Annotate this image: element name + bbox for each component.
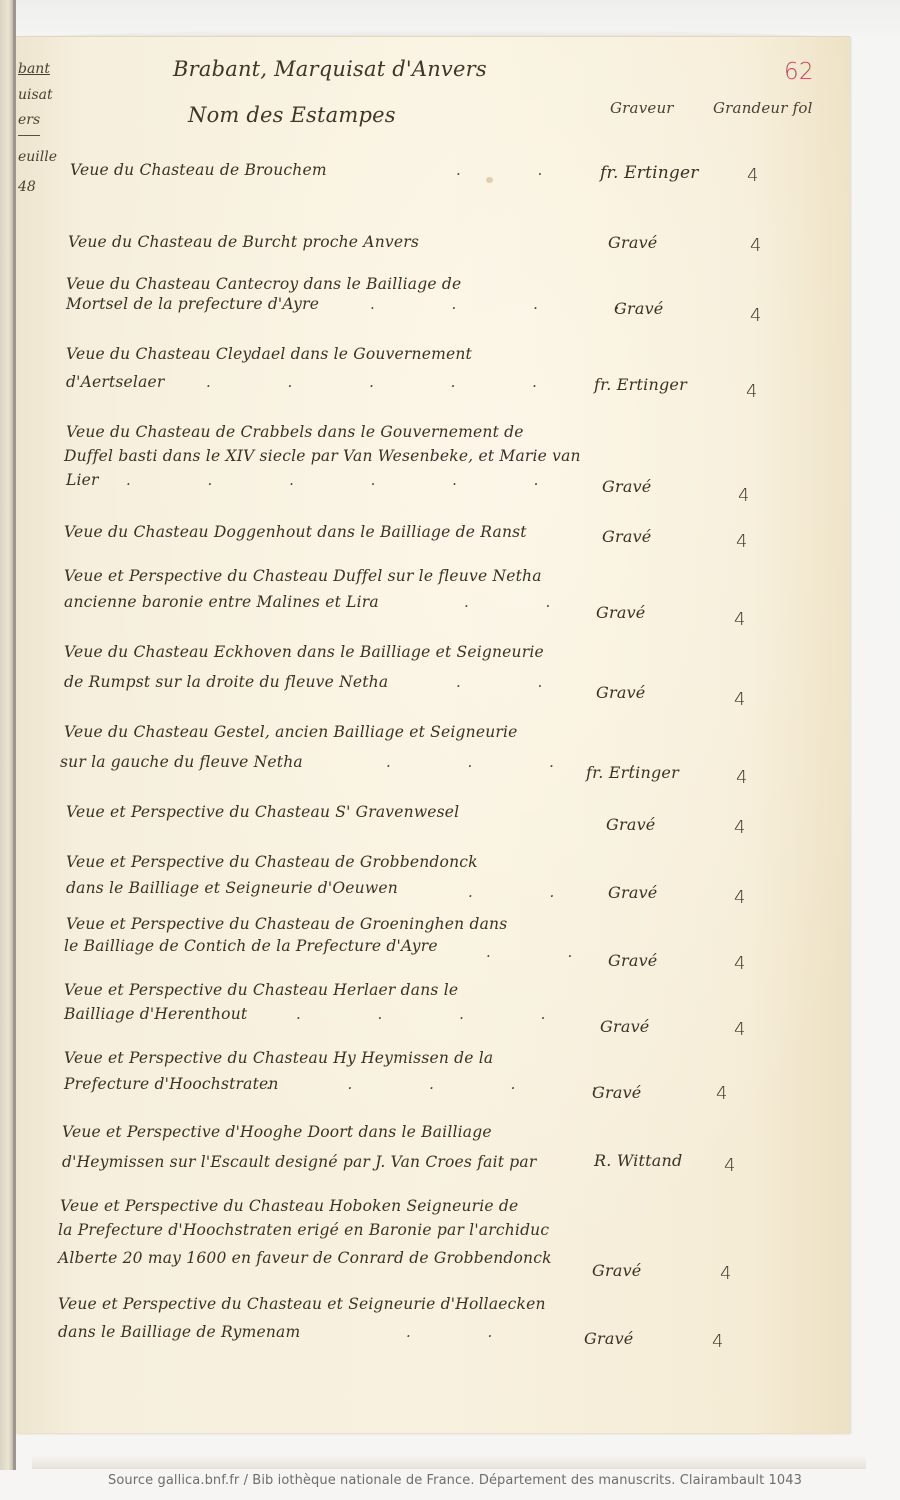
size-value: 4 bbox=[734, 887, 746, 908]
entry-text: Veue du Chasteau Eckhoven dans le Bailli… bbox=[64, 643, 544, 661]
engraver-name: Gravé bbox=[592, 1083, 641, 1102]
entry-text: Veue et Perspective du Chasteau Duffel s… bbox=[64, 567, 542, 585]
entry-text: Alberte 20 may 1600 en faveur de Conrard… bbox=[58, 1249, 552, 1267]
engraver-name: fr. Ertinger bbox=[594, 375, 687, 394]
entry-text: Veue du Chasteau de Brouchem bbox=[70, 161, 327, 179]
page-bottom-fold bbox=[32, 1455, 866, 1469]
page-title: Brabant, Marquisat d'Anvers bbox=[173, 57, 487, 81]
size-value: 4 bbox=[750, 305, 762, 326]
entry-text: Veue et Perspective du Chasteau Hoboken … bbox=[60, 1197, 518, 1215]
size-value: 4 bbox=[750, 235, 762, 256]
dot-leaders: . . bbox=[456, 673, 578, 691]
entry-text: Veue du Chasteau Doggenhout dans le Bail… bbox=[64, 523, 527, 541]
dot-leaders: . . bbox=[464, 593, 586, 611]
dot-leaders: . . . . . bbox=[206, 373, 573, 391]
entry-text: Veue et Perspective du Chasteau Hy Heymi… bbox=[64, 1049, 493, 1067]
entry-text: Veue du Chasteau Cantecroy dans le Baill… bbox=[66, 275, 461, 293]
engraver-name: Gravé bbox=[608, 951, 657, 970]
dot-leaders: . . . . bbox=[296, 1005, 581, 1023]
engraver-name: fr. Ertinger bbox=[600, 163, 699, 183]
engraver-name: Gravé bbox=[596, 683, 645, 702]
engraver-name: Gravé bbox=[592, 1261, 641, 1280]
page-subtitle: Nom des Estampes bbox=[188, 103, 396, 127]
size-value: 4 bbox=[747, 165, 759, 186]
engraver-name: Gravé bbox=[606, 815, 655, 834]
entry-text: le Bailliage de Contich de la Prefecture… bbox=[64, 937, 438, 955]
entry-text: Veue et Perspective du Chasteau de Groen… bbox=[66, 915, 507, 933]
engraver-name: Gravé bbox=[600, 1017, 649, 1036]
size-value: 4 bbox=[738, 485, 750, 506]
dot-leaders: . . bbox=[406, 1323, 528, 1341]
engraver-name: Gravé bbox=[608, 233, 657, 252]
size-value: 4 bbox=[746, 381, 758, 402]
size-value: 4 bbox=[716, 1083, 728, 1104]
margin-note-line: euille bbox=[18, 149, 57, 165]
dot-leaders: . . . . . bbox=[266, 1075, 633, 1093]
size-value: 4 bbox=[734, 1019, 746, 1040]
column-header-engraver: Graveur bbox=[610, 99, 674, 117]
dot-leaders: . . . . bbox=[370, 295, 655, 313]
entry-text: Veue du Chasteau Cleydael dans le Gouver… bbox=[66, 345, 472, 363]
size-value: 4 bbox=[734, 817, 746, 838]
entry-text: Veue et Perspective du Chasteau Herlaer … bbox=[64, 981, 458, 999]
dot-leaders: . . bbox=[456, 161, 578, 179]
dot-leaders: . . . . . . . bbox=[126, 471, 656, 489]
entry-text: Bailliage d'Herenthout bbox=[64, 1005, 247, 1023]
margin-note-line: uisat bbox=[18, 87, 53, 103]
engraver-name: fr. Ertinger bbox=[586, 763, 679, 782]
engraver-name: Gravé bbox=[614, 299, 663, 318]
entry-text: Veue et Perspective du Chasteau S' Grave… bbox=[66, 803, 459, 821]
entry-text: Veue et Perspective d'Hooghe Doort dans … bbox=[62, 1123, 492, 1141]
column-header-size: Grandeur fol bbox=[713, 99, 813, 117]
facing-page-edge bbox=[0, 0, 14, 1470]
engraver-name: Gravé bbox=[608, 883, 657, 902]
entry-text: Lier bbox=[66, 471, 99, 489]
engraver-name: R. Wittand bbox=[594, 1151, 682, 1170]
size-value: 4 bbox=[724, 1155, 736, 1176]
entry-text: Duffel basti dans le XIV siecle par Van … bbox=[64, 447, 581, 465]
engraver-name: Gravé bbox=[602, 477, 651, 496]
binding-gutter-line bbox=[13, 0, 16, 1470]
size-value: 4 bbox=[712, 1331, 724, 1352]
margin-note-line: bant bbox=[18, 61, 50, 77]
entry-text: la Prefecture d'Hoochstraten erigé en Ba… bbox=[58, 1221, 549, 1239]
margin-note-line: 48 bbox=[18, 179, 36, 195]
size-value: 4 bbox=[734, 689, 746, 710]
size-value: 4 bbox=[736, 531, 748, 552]
entry-text: Veue du Chasteau de Burcht proche Anvers bbox=[68, 233, 419, 251]
folio-number: 62 bbox=[784, 59, 814, 85]
entry-text: ancienne baronie entre Malines et Lira bbox=[64, 593, 379, 611]
size-value: 4 bbox=[734, 953, 746, 974]
margin-note-line: ers bbox=[18, 112, 40, 128]
size-value: 4 bbox=[720, 1263, 732, 1284]
engraver-name: Gravé bbox=[596, 603, 645, 622]
dot-leaders: . . bbox=[486, 943, 608, 961]
size-value: 4 bbox=[736, 767, 748, 788]
entry-text: dans le Bailliage et Seigneurie d'Oeuwen bbox=[66, 879, 398, 897]
entry-text: sur la gauche du fleuve Netha bbox=[60, 753, 303, 771]
entry-text: dans le Bailliage de Rymenam bbox=[58, 1323, 300, 1341]
entry-text: Mortsel de la prefecture d'Ayre bbox=[66, 295, 319, 313]
entry-text: de Rumpst sur la droite du fleuve Netha bbox=[64, 673, 388, 691]
entry-text: d'Heymissen sur l'Escault designé par J.… bbox=[62, 1153, 536, 1171]
margin-rule bbox=[18, 135, 40, 136]
dot-leaders: . . bbox=[468, 883, 590, 901]
size-value: 4 bbox=[734, 609, 746, 630]
manuscript-page: bant uisat ers euille 48 Brabant, Marqui… bbox=[16, 36, 850, 1433]
engraver-name: Gravé bbox=[584, 1329, 633, 1348]
engraver-name: Gravé bbox=[602, 527, 651, 546]
entry-text: Veue et Perspective du Chasteau de Grobb… bbox=[66, 853, 478, 871]
source-credit: Source gallica.bnf.fr / Bib iothèque nat… bbox=[108, 1473, 802, 1488]
entry-text: Prefecture d'Hoochstraten bbox=[64, 1075, 279, 1093]
entry-text: d'Aertselaer bbox=[66, 373, 165, 391]
entry-text: Veue et Perspective du Chasteau et Seign… bbox=[58, 1295, 546, 1313]
entry-text: Veue du Chasteau de Crabbels dans le Gou… bbox=[66, 423, 524, 441]
entry-text: Veue du Chasteau Gestel, ancien Bailliag… bbox=[64, 723, 518, 741]
